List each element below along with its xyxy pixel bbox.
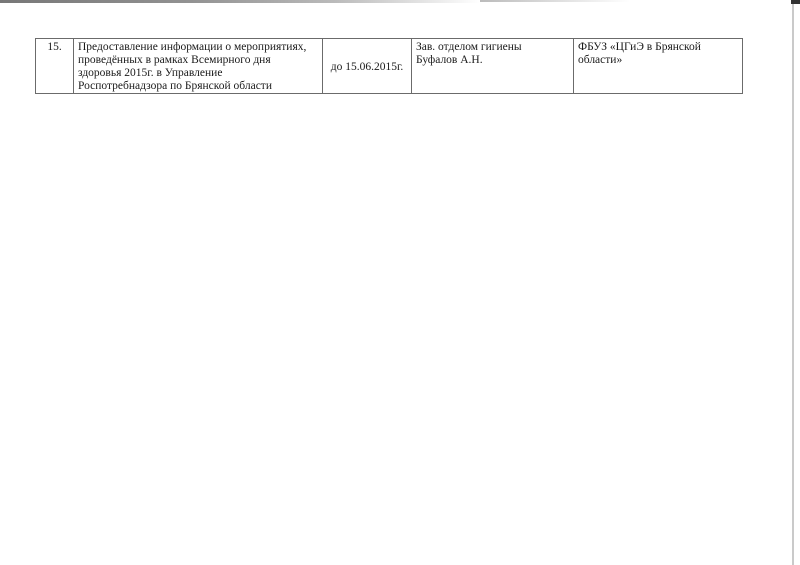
description-line: Роспотребнадзора по Брянской области [78,80,318,93]
row-number-cell: 15. [36,39,74,94]
row-number: 15. [47,41,61,53]
responsible-line: Зав. отделом гигиены [416,41,569,54]
organization-line: ФБУЗ «ЦГиЭ в Брянской [578,41,738,54]
description-line: Предоставление информации о мероприятиях… [78,41,318,54]
deadline-cell: до 15.06.2015г. [323,39,412,94]
scan-edge-right [792,0,794,565]
description-line: здоровья 2015г. в Управление [78,67,318,80]
description-cell: Предоставление информации о мероприятиях… [74,39,323,94]
organization-cell: ФБУЗ «ЦГиЭ в Брянской области» [574,39,743,94]
scan-edge-top [0,0,480,3]
description-line: проведённых в рамках Всемирного дня [78,54,318,67]
organization-line: области» [578,54,738,67]
deadline: до 15.06.2015г. [327,61,407,74]
scan-corner-mark [791,0,800,4]
responsible-line: Буфалов А.Н. [416,54,569,67]
table-row: 15. Предоставление информации о мероприя… [36,39,743,94]
responsible-cell: Зав. отделом гигиены Буфалов А.Н. [412,39,574,94]
plan-table: 15. Предоставление информации о мероприя… [35,38,743,94]
scan-edge-top-fade [480,0,630,2]
